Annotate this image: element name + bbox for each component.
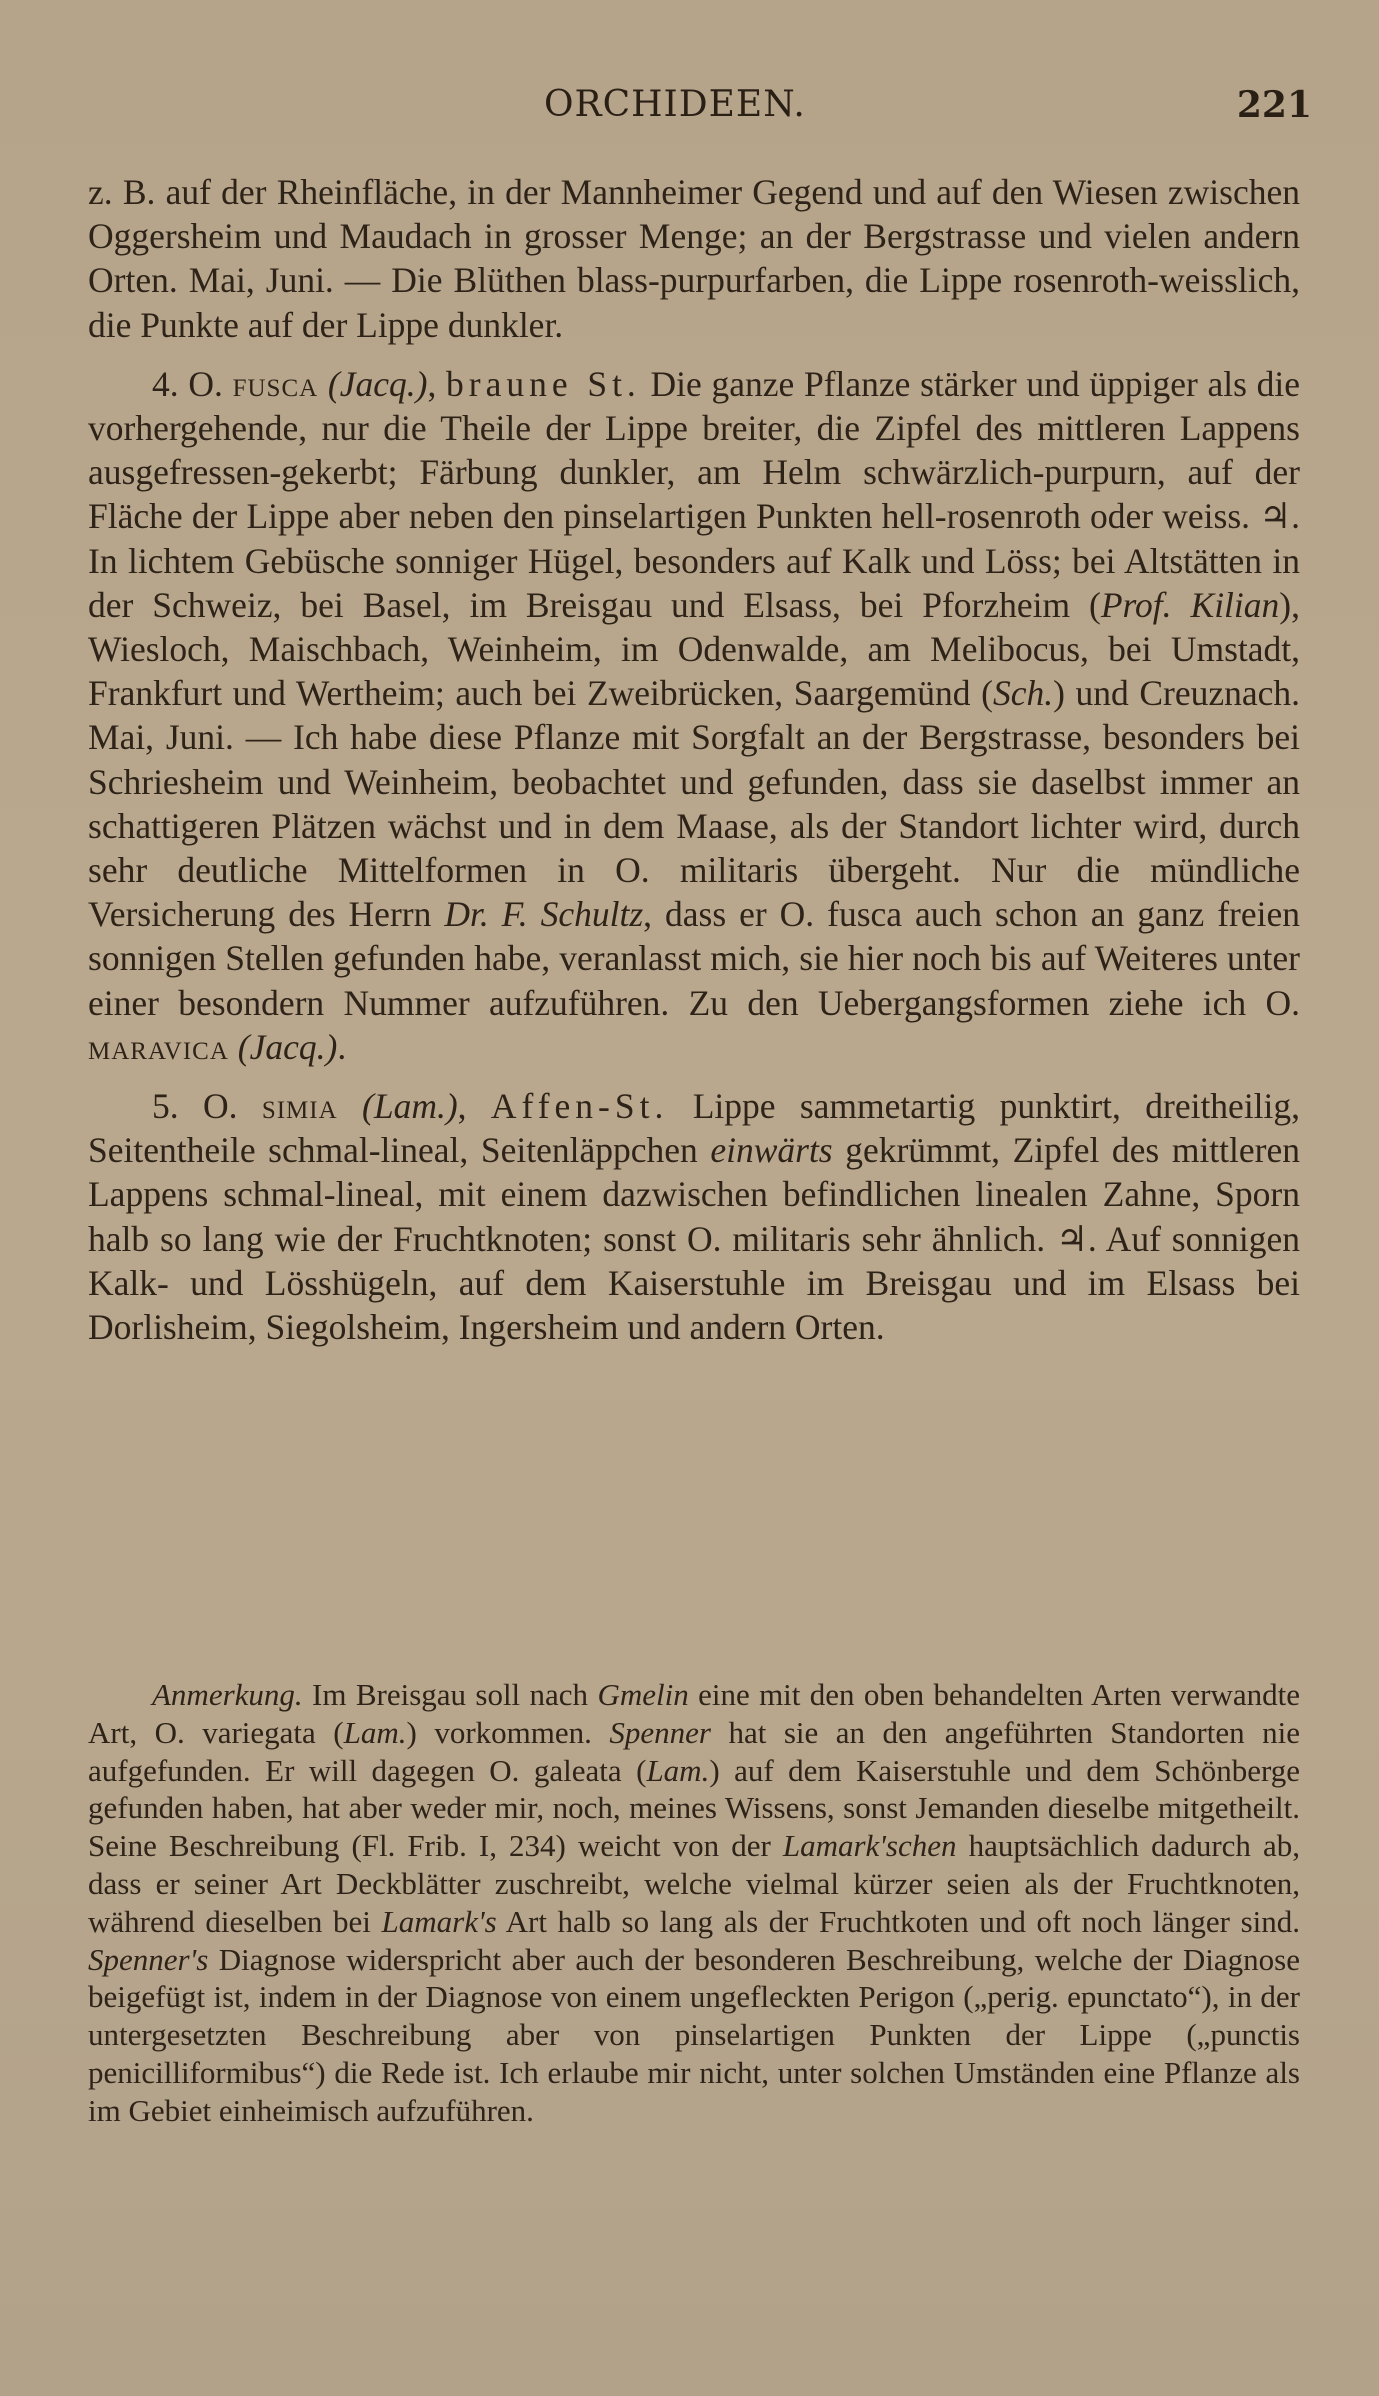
author-name: Gmelin <box>597 1677 688 1712</box>
author-name: Spenner <box>609 1715 711 1750</box>
author-name: Spenner's <box>88 1942 208 1977</box>
species-name: simia <box>262 1086 338 1126</box>
note-text: Im Breisgau soll nach <box>303 1677 598 1712</box>
common-name: braune St. <box>446 364 641 404</box>
species-name: maravica <box>88 1027 229 1067</box>
main-text: z. B. auf der Rheinfläche, in der Mannhe… <box>88 170 1300 1349</box>
species-entry-4: 4. O. fusca (Jacq.), braune St. Die ganz… <box>88 362 1300 1069</box>
species-name: fusca <box>233 364 319 404</box>
note-text: Diagnose widerspricht aber auch der beso… <box>88 1942 1300 2128</box>
citation: Dr. F. Schultz <box>444 894 643 934</box>
author-citation: Lam. <box>646 1753 709 1788</box>
running-header: ORCHIDEEN. 221 <box>88 84 1300 134</box>
common-name: Affen-St. <box>491 1086 668 1126</box>
punctuation: . <box>337 1027 346 1067</box>
chapter-title: ORCHIDEEN. <box>544 84 806 125</box>
citation: Sch. <box>993 673 1053 713</box>
note-text: Art halb so lang als der Fruchtkoten und… <box>497 1904 1300 1939</box>
continuation-paragraph: z. B. auf der Rheinfläche, in der Mannhe… <box>88 170 1300 347</box>
author-citation: (Lam.) <box>362 1086 458 1126</box>
citation: Prof. Kilian <box>1101 585 1279 625</box>
note-text: ) vorkommen. <box>407 1715 610 1750</box>
emphasis: einwärts <box>710 1130 832 1170</box>
author-citation: (Jacq.) <box>238 1027 338 1067</box>
author-citation: (Jacq.) <box>328 364 428 404</box>
footnote-remark: Anmerkung. Im Breisgau soll nach Gmelin … <box>88 1676 1300 2130</box>
species-entry-5: 5. O. simia (Lam.), Affen-St. Lippe samm… <box>88 1084 1300 1349</box>
author-name: Lamark'schen <box>783 1828 957 1863</box>
entry-number: 5. O. <box>152 1086 237 1126</box>
author-name: Lamark's <box>382 1904 497 1939</box>
author-citation: Lam. <box>344 1715 407 1750</box>
page-number: 221 <box>1237 84 1312 126</box>
remark-paragraph: Anmerkung. Im Breisgau soll nach Gmelin … <box>88 1676 1300 2130</box>
remark-label: Anmerkung. <box>152 1677 303 1712</box>
entry-number: 4. O. <box>152 364 223 404</box>
